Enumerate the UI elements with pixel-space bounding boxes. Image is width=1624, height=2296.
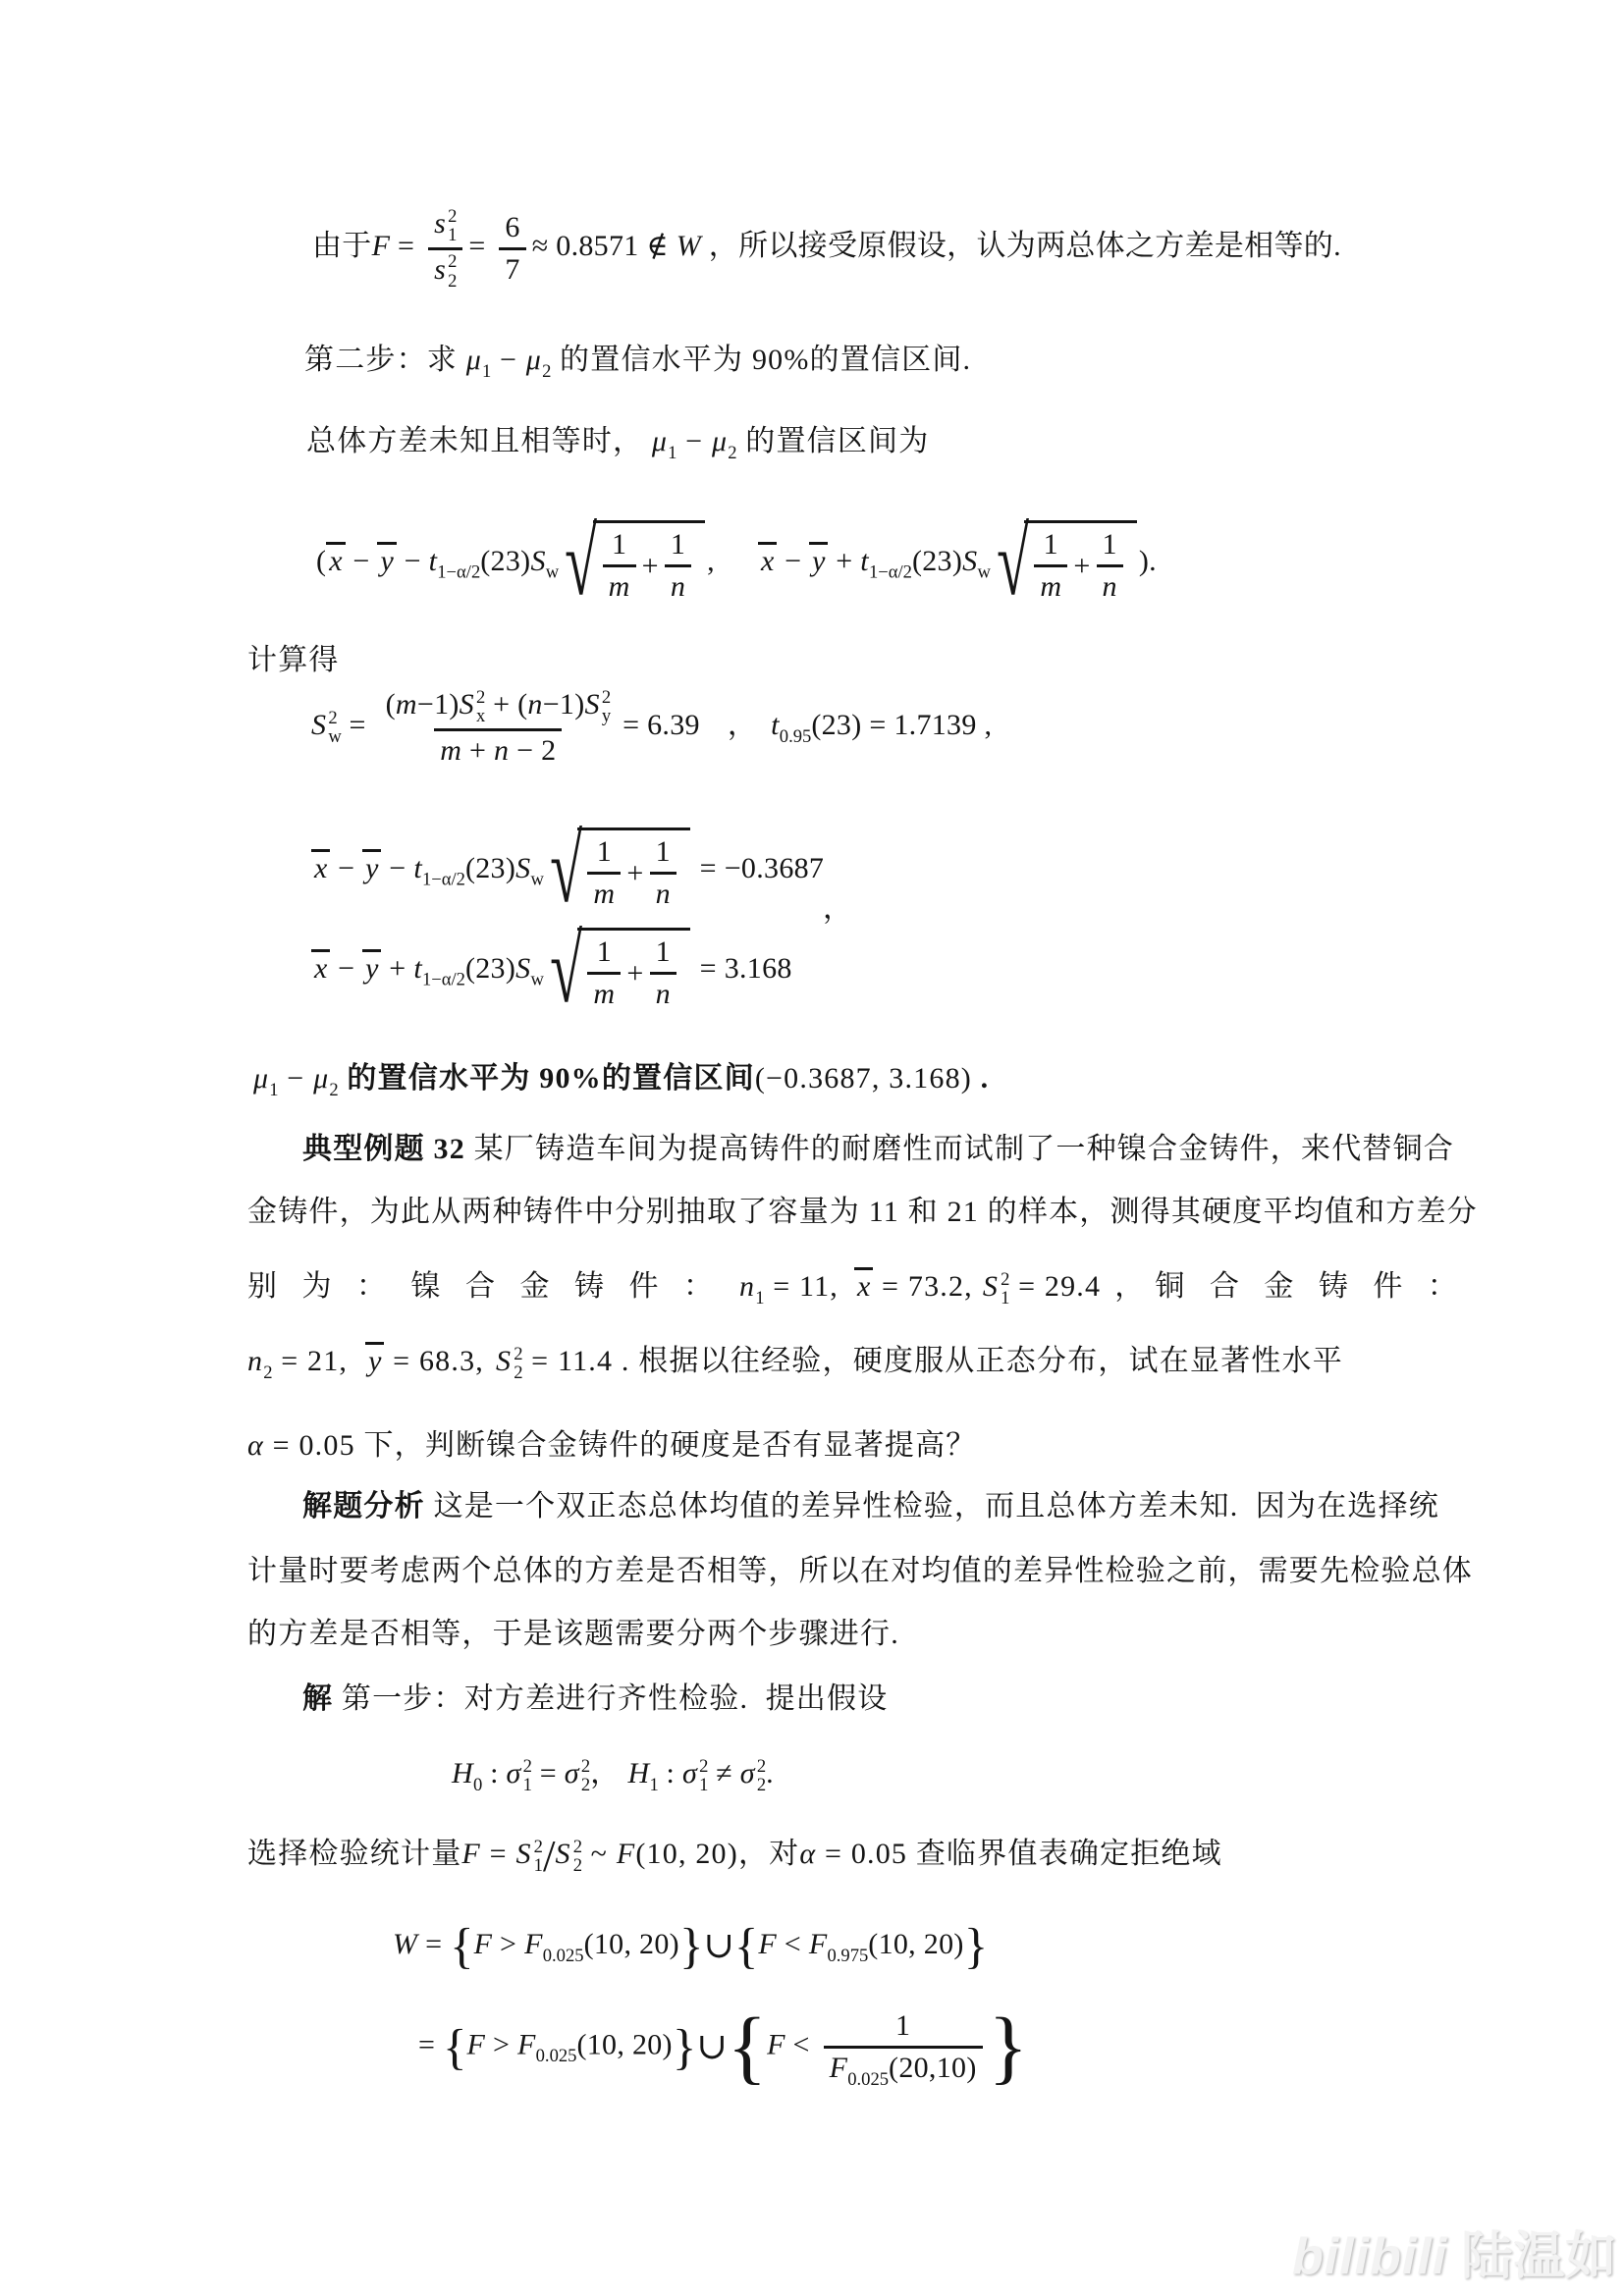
para-example32-line1: 典型例题 32 某厂铸造车间为提高铸件的耐磨性而试制了一种镍合金铸件，来代替铜合 [302, 1129, 1454, 1170]
para-example32-line5: α = 0.05 下，判断镍合金铸件的硬度是否有显著提高？ [247, 1425, 976, 1467]
bilibili-logo: bilibili [1292, 2228, 1447, 2285]
pair-comma: ， [823, 888, 852, 930]
formula-rejection-region-1: W = {F > F0.025(10, 20)}∪{F < F0.975(10,… [393, 1924, 988, 1965]
line-test-statistic: 选择检验统计量F = S21/S22 ~ F(10, 20)，对α = 0.05… [247, 1834, 1222, 1876]
formula-pooled-variance: S2w = (m−1)S2x + (n−1)S2ym + n − 2= 6.39… [311, 687, 992, 769]
para-analysis-line1: 解题分析 这是一个双正态总体均值的差异性检验，而且总体方差未知. 因为在选择统 [302, 1486, 1439, 1527]
line-solution-step1: 解 第一步：对方差进行齐性检验. 提出假设 [302, 1679, 888, 1720]
para-example32-line2: 金铸件，为此从两种铸件中分别抽取了容量为 11 和 21 的样本，测得其硬度平均… [247, 1192, 1478, 1233]
line-variance-conclusion: 由于F = s21s22= 67≈ 0.8571 ∉ W ，所以接受原假设，认为… [312, 206, 1341, 291]
line-calc-label: 计算得 [247, 640, 340, 681]
para-analysis-line3: 的方差是否相等，于是该题需要分两个步骤进行. [247, 1614, 899, 1655]
formula-ci-lower: x − y − t1−α/2(23)Sw√1m+1n = −0.3687 [311, 828, 824, 914]
formula-hypotheses: H0 : σ21 = σ22，H1 : σ21 ≠ σ22. [452, 1753, 774, 1795]
formula-rejection-region-2: = {F > F0.025(10, 20)}∪{F < 1F0.025(20,1… [418, 2008, 1028, 2086]
formula-ci-expression: (x − y − t1−α/2(23)Sw√1m+1n,x − y + t1−α… [316, 520, 1157, 607]
line-ci-premise: 总体方差未知且相等时， μ1 − μ2 的置信区间为 [306, 421, 929, 462]
watermark-name: 陆温如 [1461, 2228, 1617, 2285]
bilibili-watermark: bilibili陆温如 [1292, 2215, 1617, 2288]
line-ci-result: μ1 − μ2 的置信水平为 90%的置信区间(−0.3687, 3.168) … [253, 1058, 989, 1099]
para-example32-line4: n2 = 21,y = 68.3,S22 = 11.4 . 根据以往经验，硬度服… [247, 1341, 1343, 1383]
formula-ci-upper: x − y + t1−α/2(23)Sw√1m+1n = 3.168 [311, 928, 792, 1014]
para-analysis-line2: 计量时要考虑两个总体的方差是否相等，所以在对均值的差异性检验之前，需要先检验总体 [247, 1551, 1473, 1592]
document-page: 由于F = s21s22= 67≈ 0.8571 ∉ W ，所以接受原假设，认为… [0, 0, 1624, 2296]
line-step2: 第二步：求 μ1 − μ2 的置信水平为 90%的置信区间. [304, 340, 971, 381]
para-example32-line3: 别 为 ： 镍 合 金 铸 件 ：n1 = 11,x = 73.2,S21 = … [247, 1266, 1466, 1308]
